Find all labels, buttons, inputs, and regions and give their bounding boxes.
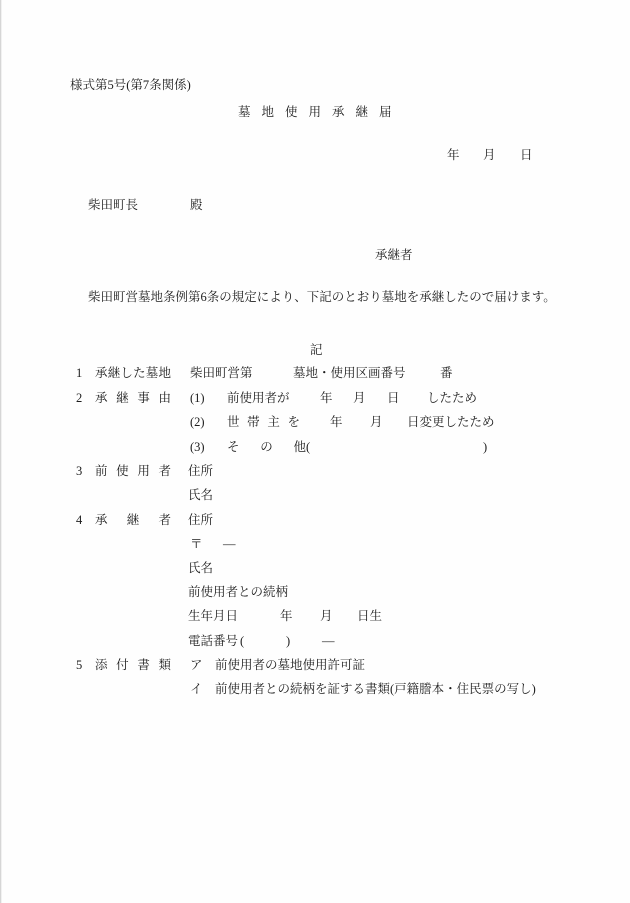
successor-name-label: 氏名 bbox=[188, 559, 213, 577]
attachment-b-number: イ bbox=[190, 680, 203, 698]
reason1-year-label: 年 bbox=[320, 389, 333, 407]
reason3-number: (3) bbox=[190, 438, 205, 456]
item2-label: 承継事由 bbox=[95, 389, 171, 407]
date-month-label: 月 bbox=[483, 146, 496, 164]
reason3-text: その他 bbox=[227, 438, 306, 456]
plot-number-label: 墓地・使用区画番号 bbox=[293, 364, 406, 382]
body-text: 柴田町営墓地条例第6条の規定により、下記のとおり墓地を承継したので届けます。 bbox=[88, 288, 556, 306]
page-title: 墓地使用承継届 bbox=[238, 103, 403, 121]
form-number: 様式第5号(第7条関係) bbox=[70, 76, 191, 94]
item4-label: 承継者 bbox=[95, 511, 171, 529]
plot-unit-label: 番 bbox=[440, 364, 453, 382]
item5-line1: 5 添付書類 ア 前使用者の墓地使用許可証 bbox=[0, 656, 630, 674]
successor-address-label: 住所 bbox=[188, 511, 213, 529]
item4-line4: 前使用者との続柄 bbox=[0, 583, 630, 601]
cemetery-name-prefix: 柴田町営第 bbox=[190, 364, 253, 382]
item4-line2: 〒 — bbox=[0, 535, 630, 553]
addressee-honorific: 殿 bbox=[190, 196, 203, 214]
reason2-number: (2) bbox=[190, 413, 205, 431]
item2-line3: (3) その他 ( ) bbox=[0, 438, 630, 456]
item4-line6: 電話番号 ( ) — bbox=[0, 632, 630, 650]
item5-number: 5 bbox=[76, 656, 82, 674]
successor-line: 承継者 bbox=[0, 246, 630, 264]
date-line: 年 月 日 bbox=[0, 146, 630, 164]
birthdate-label: 生年月日 bbox=[188, 607, 238, 625]
reason1-month-label: 月 bbox=[353, 389, 366, 407]
item1-line: 1 承継した墓地 柴田町営第 墓地・使用区画番号 番 bbox=[0, 364, 630, 382]
reason3-paren-open: ( bbox=[306, 438, 310, 456]
phone-paren-close: ) bbox=[286, 632, 290, 650]
relation-label: 前使用者との続柄 bbox=[188, 583, 288, 601]
heading-line: 記 bbox=[0, 341, 630, 359]
item5-label: 添付書類 bbox=[95, 656, 171, 674]
date-day-label: 日 bbox=[520, 146, 533, 164]
reason2-month-label: 月 bbox=[370, 413, 383, 431]
list-heading: 記 bbox=[310, 341, 323, 359]
item2-number: 2 bbox=[76, 389, 82, 407]
reason1-suffix: したため bbox=[427, 389, 477, 407]
reason2-suffix: 日変更したため bbox=[407, 413, 495, 431]
postal-mark: 〒 bbox=[190, 535, 203, 553]
prev-user-address-label: 住所 bbox=[188, 462, 213, 480]
item4-line3: 氏名 bbox=[0, 559, 630, 577]
reason1-number: (1) bbox=[190, 389, 205, 407]
attachment-a-text: 前使用者の墓地使用許可証 bbox=[215, 656, 365, 674]
attachment-a-number: ア bbox=[190, 656, 203, 674]
birth-day-label: 日生 bbox=[357, 607, 382, 625]
body-line: 柴田町営墓地条例第6条の規定により、下記のとおり墓地を承継したので届けます。 bbox=[0, 288, 630, 306]
item2-line2: (2) 世帯主を 年 月 日変更したため bbox=[0, 413, 630, 431]
addressee-line: 柴田町長 殿 bbox=[0, 196, 630, 214]
addressee-name: 柴田町長 bbox=[88, 196, 138, 214]
item4-line5: 生年月日 年 月 日生 bbox=[0, 607, 630, 625]
successor-label: 承継者 bbox=[375, 246, 413, 264]
reason3-paren-close: ) bbox=[483, 438, 487, 456]
reason2-year-label: 年 bbox=[330, 413, 343, 431]
phone-label: 電話番号 bbox=[188, 632, 238, 650]
item4-line1: 4 承継者 住所 bbox=[0, 511, 630, 529]
phone-paren-open: ( bbox=[240, 632, 244, 650]
item1-label: 承継した墓地 bbox=[95, 364, 171, 382]
document-page: 様式第5号(第7条関係) 墓地使用承継届 年 月 日 柴田町長 殿 承継者 柴田… bbox=[0, 0, 630, 903]
birth-year-label: 年 bbox=[280, 607, 293, 625]
birth-month-label: 月 bbox=[320, 607, 333, 625]
postal-dash: — bbox=[223, 535, 236, 553]
form-number-line: 様式第5号(第7条関係) bbox=[0, 76, 630, 94]
phone-dash: — bbox=[322, 632, 335, 650]
item2-line1: 2 承継事由 (1) 前使用者が 年 月 日 したため bbox=[0, 389, 630, 407]
title-line: 墓地使用承継届 bbox=[0, 103, 630, 121]
item3-line2: 氏名 bbox=[0, 486, 630, 504]
prev-user-name-label: 氏名 bbox=[188, 486, 213, 504]
item3-label: 前使用者 bbox=[95, 462, 171, 480]
reason1-day-label: 日 bbox=[387, 389, 400, 407]
item5-line2: イ 前使用者との続柄を証する書類(戸籍謄本・住民票の写し) bbox=[0, 680, 630, 698]
item3-number: 3 bbox=[76, 462, 82, 480]
item1-number: 1 bbox=[76, 364, 82, 382]
attachment-b-text: 前使用者との続柄を証する書類(戸籍謄本・住民票の写し) bbox=[215, 680, 536, 698]
reason2-text: 世帯主を bbox=[227, 413, 300, 431]
item4-number: 4 bbox=[76, 511, 82, 529]
date-year-label: 年 bbox=[447, 146, 460, 164]
reason1-text: 前使用者が bbox=[227, 389, 290, 407]
item3-line1: 3 前使用者 住所 bbox=[0, 462, 630, 480]
